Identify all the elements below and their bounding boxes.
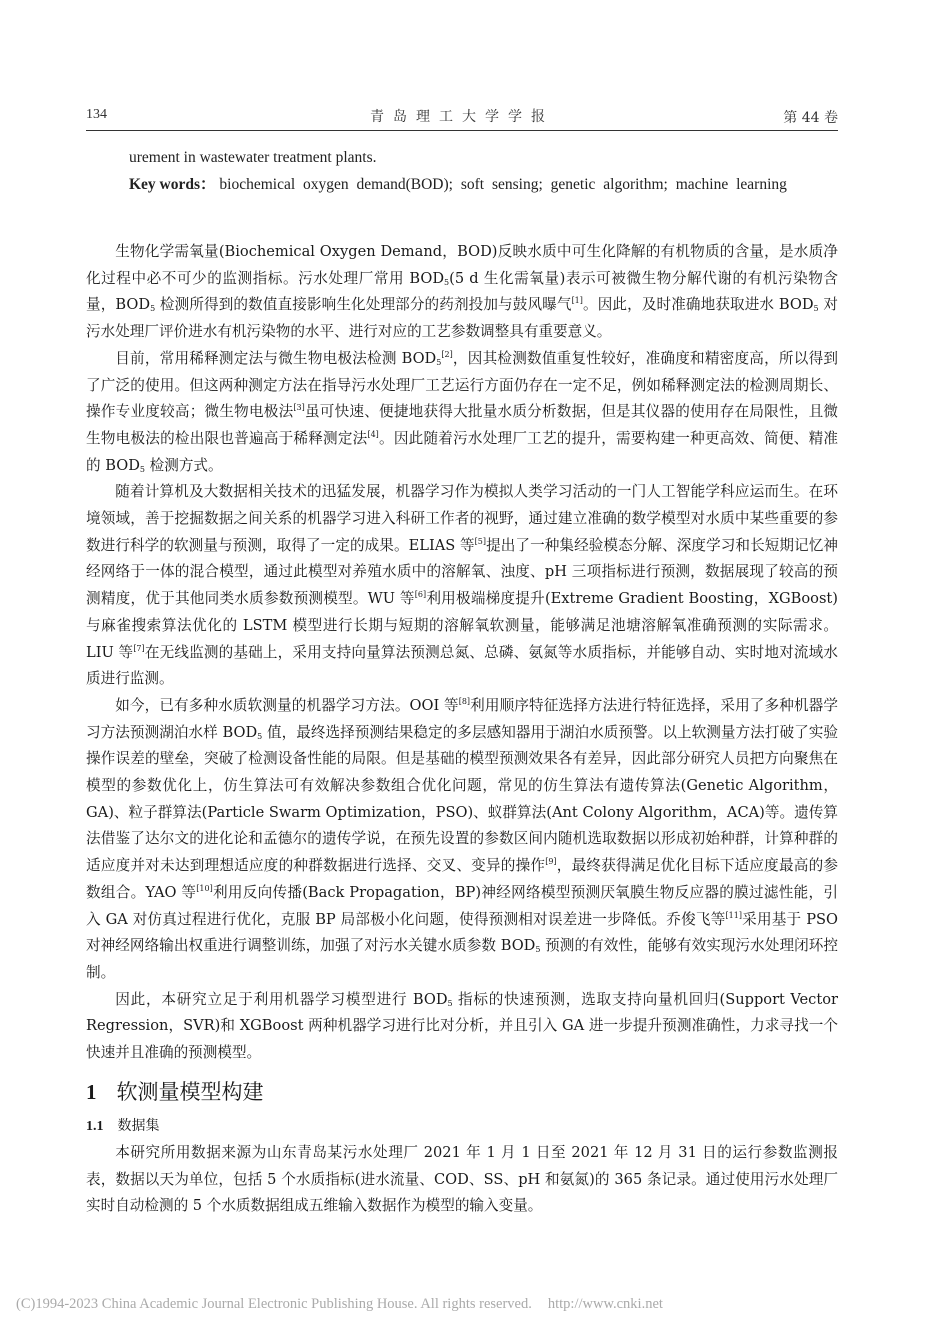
keywords: Key words： biochemical oxygen demand(BOD… [129,172,838,199]
subsection-heading-1-1: 1.1数据集 [86,1113,838,1140]
text-run: 因此，本研究立足于利用机器学习模型进行 BOD [115,991,447,1008]
article-body: 生物化学需氧量(Biochemical Oxygen Demand，BOD)反映… [86,239,838,1220]
text-run: 检测所得到的数值直接影响生化处理部分的药剂投加与鼓风曝气 [155,296,571,313]
copyright-footer: (C)1994-2023 China Academic Journal Elec… [16,1296,663,1313]
citation-ref: [9] [545,857,556,866]
copyright-text: (C)1994-2023 China Academic Journal Elec… [16,1296,532,1312]
citation-ref: [8] [459,697,470,706]
keywords-label: Key words： [129,176,216,193]
citation-ref: [7] [133,644,144,653]
body-paragraph: 如今，已有多种水质软测量的机器学习方法。OOI 等[8]利用顺序特征选择方法进行… [86,693,838,987]
text-run: 在无线监测的基础上，采用支持向量算法预测总氮、总磷、氨氮等水质指标，并能够自动、… [86,644,838,688]
running-header: 134 青岛理工大学学报 第 44 卷 [86,104,838,131]
citation-ref: [1] [572,296,583,305]
citation-ref: [6] [415,590,426,599]
body-paragraph: 因此，本研究立足于利用机器学习模型进行 BOD5 指标的快速预测，选取支持向量机… [86,987,838,1067]
abstract-last-line: urement in wastewater treatment plants. [129,145,838,172]
introduction: 生物化学需氧量(Biochemical Oxygen Demand，BOD)反映… [86,239,838,1067]
subsection-title: 数据集 [118,1118,160,1134]
section-number: 1 [86,1080,97,1104]
section-title: 软测量模型构建 [117,1080,264,1104]
text-run: 值，最终选择预测结果稳定的多层感知器用于湖泊水质预警。以上软测量方法打破了实验操… [86,724,838,875]
body-paragraph: 随着计算机及大数据相关技术的迅猛发展，机器学习作为模拟人类学习活动的一门人工智能… [86,479,838,693]
footer-url: http://www.cnki.net [548,1296,663,1312]
citation-ref: [4] [367,430,378,439]
section-heading-1: 1软测量模型构建 [86,1076,838,1108]
text-run: 如今，已有多种水质软测量的机器学习方法。OOI 等 [115,697,459,714]
citation-ref: [10] [196,884,212,893]
subscript: 5 [436,358,441,367]
subsection-number: 1.1 [86,1119,104,1134]
text-run: 目前，常用稀释测定法与微生物电极法检测 BOD [115,350,436,367]
citation-ref: [2] [441,350,452,359]
citation-ref: [3] [293,403,304,412]
keywords-value: biochemical oxygen demand(BOD); soft sen… [219,176,786,193]
citation-ref: [5] [475,537,486,546]
dataset-paragraph: 本研究所用数据来源为山东青岛某污水处理厂 2021 年 1 月 1 日至 202… [86,1140,838,1220]
text-run: 检测方式。 [145,457,223,474]
body-paragraph: 目前，常用稀释测定法与微生物电极法检测 BOD5[2]，因其检测数值重复性较好，… [86,346,838,480]
body-paragraph: 生物化学需氧量(Biochemical Oxygen Demand，BOD)反映… [86,239,838,346]
abstract-tail: urement in wastewater treatment plants. … [129,145,838,198]
citation-ref: [11] [726,911,742,920]
journal-title: 青岛理工大学学报 [86,106,838,126]
volume-label: 第 44 卷 [783,107,838,127]
text-run: 。因此，及时准确地获取进水 BOD [583,296,814,313]
